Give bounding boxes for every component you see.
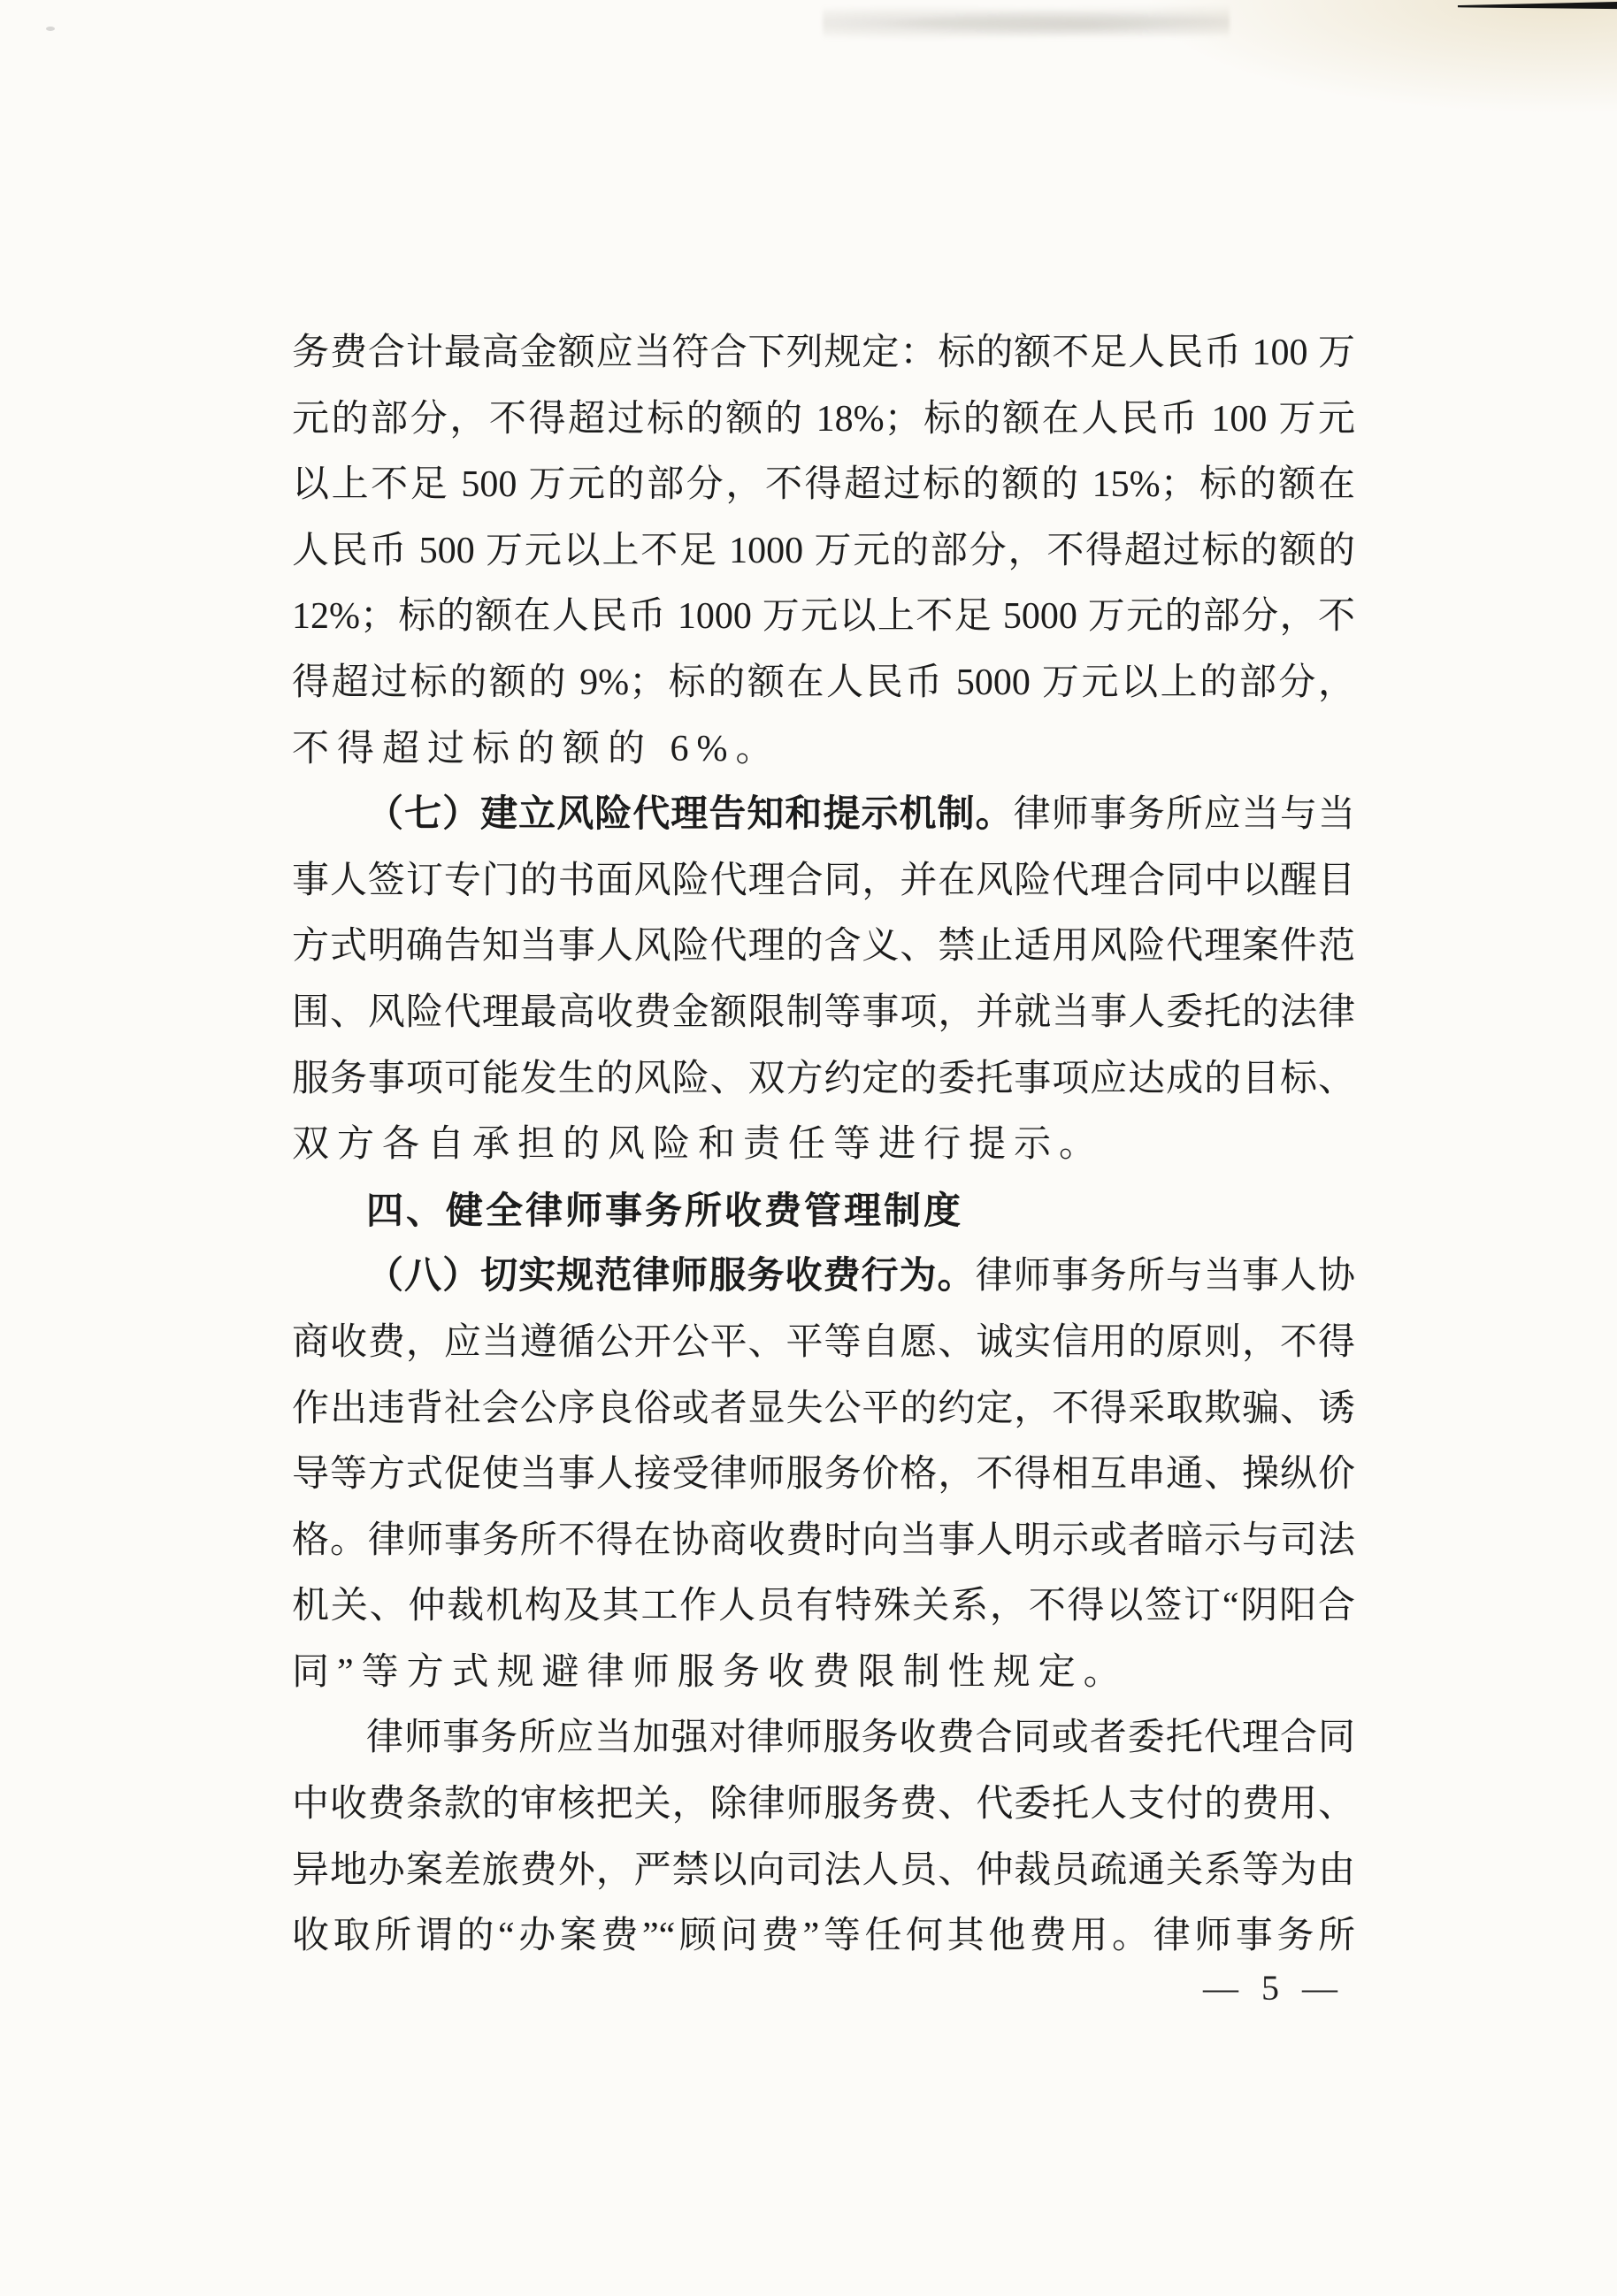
text-line: 方式明确告知当事人风险代理的含义、禁止适用风险代理案件范 (292, 914, 1355, 980)
text-line: 以上不足 500 万元的部分，不得超过标的额的 15%；标的额在 (292, 452, 1355, 518)
text-line: 服务事项可能发生的风险、双方约定的委托事项应达成的目标、 (292, 1046, 1355, 1113)
scan-smudge-marks (823, 5, 1230, 44)
text-line: 机关、仲裁机构及其工作人员有特殊关系，不得以签订“阴阳合 (292, 1573, 1355, 1640)
text-line: 围、风险代理最高收费金额限制等事项，并就当事人委托的法律 (292, 980, 1355, 1046)
text-line: 律师事务所应当加强对律师服务收费合同或者委托代理合同 (292, 1705, 1355, 1772)
item-8-title: （八）切实规范律师服务收费行为。 (366, 1256, 976, 1297)
scan-artifact-streak (1458, 2, 1617, 10)
text-line: 作出违背社会公序良俗或者显失公平的约定，不得采取欺骗、诱 (292, 1376, 1355, 1443)
text-line: 同”等方式规避律师服务收费限制性规定。 (292, 1640, 1355, 1706)
text-line: 异地办案差旅费外，严禁以向司法人员、仲裁员疏通关系等为由 (292, 1838, 1355, 1904)
text-line: 事人签订专门的书面风险代理合同，并在风险代理合同中以醒目 (292, 848, 1355, 915)
text-line-item-8: （八）切实规范律师服务收费行为。律师事务所与当事人协 (292, 1244, 1355, 1310)
text-line: 12%；标的额在人民币 1000 万元以上不足 5000 万元的部分，不 (292, 584, 1355, 650)
line-text: 律师事务所与当事人协 (976, 1256, 1355, 1297)
line-text: 律师事务所应当与当 (1014, 794, 1355, 835)
text-line: 导等方式促使当事人接受律师服务价格，不得相互串通、操纵价 (292, 1442, 1355, 1508)
document-page: 务费合计最高金额应当符合下列规定：标的额不足人民币 100 万 元的部分，不得超… (0, 0, 1617, 2296)
scan-speck (46, 27, 55, 31)
text-line: 收取所谓的“办案费”“顾问费”等任何其他费用。律师事务所 (292, 1903, 1355, 1970)
text-line: 务费合计最高金额应当符合下列规定：标的额不足人民币 100 万 (292, 320, 1355, 386)
text-line-item-7: （七）建立风险代理告知和提示机制。律师事务所应当与当 (292, 782, 1355, 848)
text-line: 双方各自承担的风险和责任等进行提示。 (292, 1112, 1355, 1178)
text-line: 商收费，应当遵循公开公平、平等自愿、诚实信用的原则，不得 (292, 1310, 1355, 1376)
text-line: 元的部分，不得超过标的额的 18%；标的额在人民币 100 万元 (292, 386, 1355, 453)
text-line: 格。律师事务所不得在协商收费时向当事人明示或者暗示与司法 (292, 1508, 1355, 1574)
scan-corner-stain (1141, 0, 1617, 115)
item-7-title: （七）建立风险代理告知和提示机制。 (366, 794, 1014, 835)
text-line: 得超过标的额的 9%；标的额在人民币 5000 万元以上的部分， (292, 650, 1355, 716)
section-heading: 四、健全律师事务所收费管理制度 (292, 1178, 1355, 1244)
text-line: 中收费条款的审核把关，除律师服务费、代委托人支付的费用、 (292, 1772, 1355, 1838)
document-body: 务费合计最高金额应当符合下列规定：标的额不足人民币 100 万 元的部分，不得超… (292, 320, 1355, 1970)
page-number: — 5 — (1203, 1967, 1339, 2009)
text-line: 人民币 500 万元以上不足 1000 万元的部分，不得超过标的额的 (292, 518, 1355, 585)
text-line: 不得超过标的额的 6%。 (292, 716, 1355, 783)
